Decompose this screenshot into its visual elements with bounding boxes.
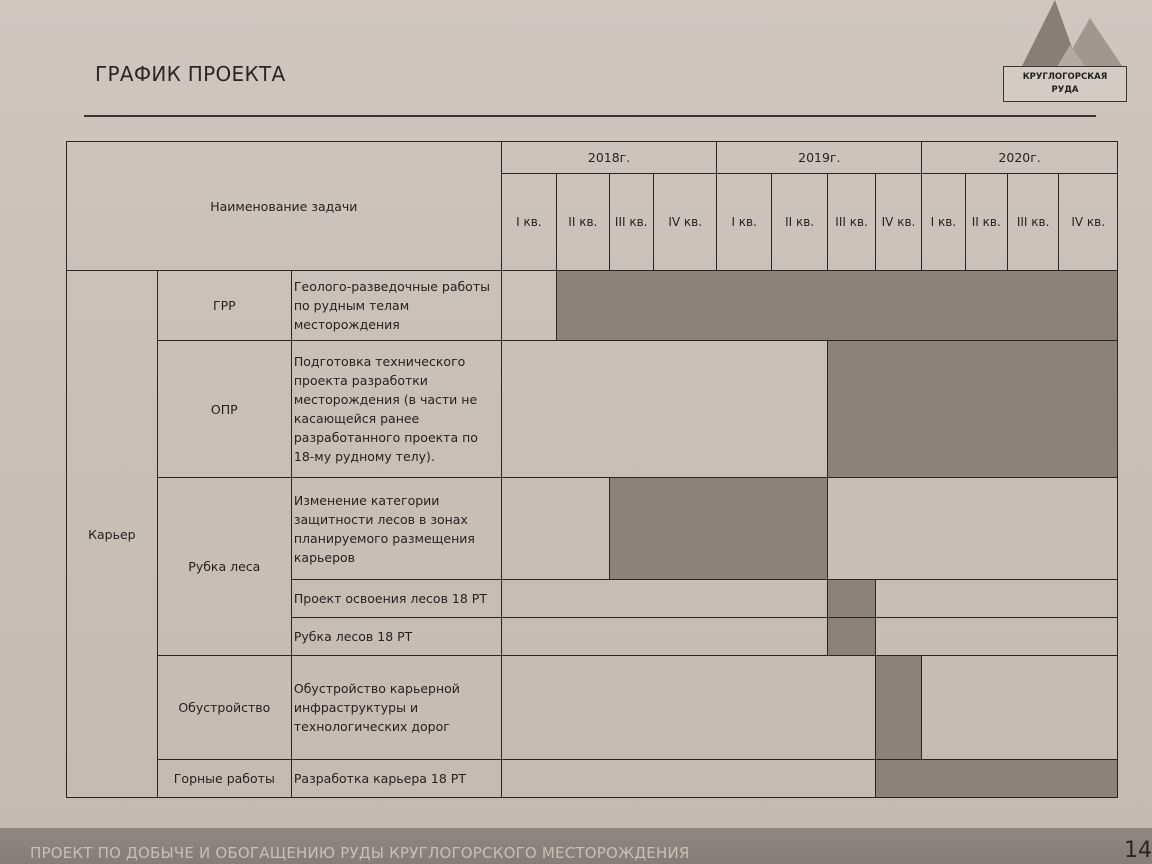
task-name-cell: Подготовка технического проекта разработ…: [291, 341, 501, 478]
table-row: Рубка лесаИзменение категории защитности…: [67, 478, 1118, 580]
table-row: ОбустройствоОбустройство карьерной инфра…: [67, 656, 1118, 760]
subgroup-cell: Рубка леса: [157, 478, 291, 656]
quarter-header: I кв.: [717, 174, 771, 271]
task-name-cell: Проект освоения лесов 18 РТ: [291, 580, 501, 618]
footer-text: ПРОЕКТ ПО ДОБЫЧЕ И ОБОГАЩЕНИЮ РУДЫ КРУГЛ…: [30, 844, 690, 862]
timeline-empty: [501, 656, 875, 760]
footer-bar: ПРОЕКТ ПО ДОБЫЧЕ И ОБОГАЩЕНИЮ РУДЫ КРУГЛ…: [0, 828, 1152, 864]
table-row: ОПРПодготовка технического проекта разра…: [67, 341, 1118, 478]
timeline-empty: [828, 478, 1118, 580]
timeline-empty: [501, 760, 875, 798]
quarter-header: III кв.: [609, 174, 653, 271]
timeline-empty: [501, 478, 609, 580]
timeline-empty: [922, 656, 1118, 760]
task-name-header: Наименование задачи: [67, 142, 502, 271]
gantt-bar: [875, 656, 921, 760]
gantt-bar: [609, 478, 828, 580]
task-name-cell: Разработка карьера 18 РТ: [291, 760, 501, 798]
quarter-header: II кв.: [965, 174, 1007, 271]
title-divider: [84, 115, 1096, 117]
company-logo-label: КРУГЛОГОРСКАЯ РУДА: [1003, 66, 1127, 102]
task-name-cell: Геолого-разведочные работы по рудным тел…: [291, 271, 501, 341]
quarter-header: II кв.: [771, 174, 827, 271]
timeline-empty: [501, 341, 828, 478]
gantt-bar: [828, 580, 875, 618]
timeline-empty: [875, 580, 1117, 618]
gantt-bar: [828, 341, 1118, 478]
gantt-bar: [875, 760, 1117, 798]
quarter-header: I кв.: [922, 174, 965, 271]
year-header: 2018г.: [501, 142, 717, 174]
timeline-empty: [875, 618, 1117, 656]
page-title: ГРАФИК ПРОЕКТА: [95, 62, 285, 86]
task-name-cell: Изменение категории защитности лесов в з…: [291, 478, 501, 580]
task-name-cell: Обустройство карьерной инфраструктуры и …: [291, 656, 501, 760]
task-name-cell: Рубка лесов 18 РТ: [291, 618, 501, 656]
year-header: 2020г.: [922, 142, 1118, 174]
gantt-bar: [828, 618, 875, 656]
logo-text-line1: КРУГЛОГОРСКАЯ: [1004, 71, 1126, 84]
timeline-empty: [501, 580, 828, 618]
gantt-bar: [557, 271, 1118, 341]
subgroup-cell: ГРР: [157, 271, 291, 341]
logo-text-line2: РУДА: [1004, 84, 1126, 97]
quarter-header: III кв.: [1007, 174, 1058, 271]
subgroup-cell: Обустройство: [157, 656, 291, 760]
quarter-header: III кв.: [828, 174, 875, 271]
quarter-header: IV кв.: [1059, 174, 1118, 271]
quarter-header: II кв.: [557, 174, 609, 271]
page-number: 14: [1124, 838, 1152, 863]
table-row: КарьерГРРГеолого-разведочные работы по р…: [67, 271, 1118, 341]
quarter-header: IV кв.: [875, 174, 921, 271]
timeline-empty: [501, 271, 556, 341]
year-header: 2019г.: [717, 142, 922, 174]
project-schedule-table: Наименование задачи2018г.2019г.2020г.I к…: [66, 141, 1118, 798]
quarter-header: IV кв.: [653, 174, 717, 271]
subgroup-cell: ОПР: [157, 341, 291, 478]
table-row: Горные работыРазработка карьера 18 РТ: [67, 760, 1118, 798]
category-cell: Карьер: [67, 271, 158, 798]
timeline-empty: [501, 618, 828, 656]
subgroup-cell: Горные работы: [157, 760, 291, 798]
quarter-header: I кв.: [501, 174, 556, 271]
